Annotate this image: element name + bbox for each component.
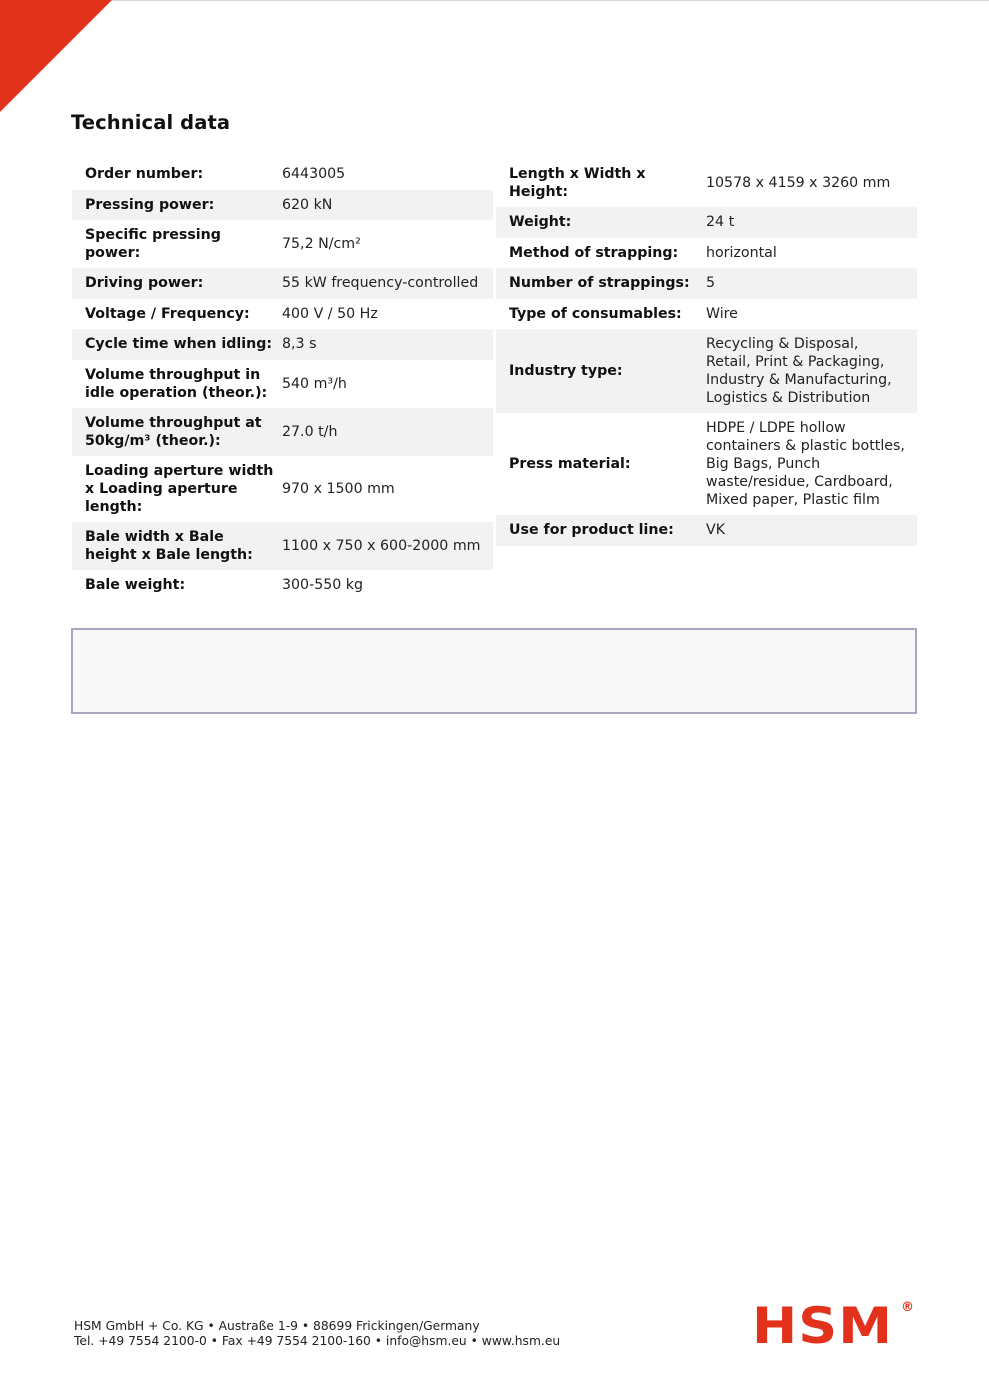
page-top-border: [0, 0, 989, 1]
corner-accent-triangle: [0, 0, 112, 112]
spec-table-left: Order number:6443005Pressing power:620 k…: [72, 159, 493, 600]
spec-value: Recycling & Disposal, Retail, Print & Pa…: [706, 335, 917, 407]
registered-trademark-icon: ®: [901, 1300, 914, 1315]
spec-value: HDPE / LDPE hollow containers & plastic …: [706, 419, 917, 509]
spec-row: Volume throughput at 50kg/m³ (theor.):27…: [72, 408, 493, 456]
spec-label: Use for product line:: [496, 521, 706, 539]
spec-row: Pressing power:620 kN: [72, 190, 493, 221]
spec-label: Volume throughput in idle operation (the…: [72, 366, 282, 402]
spec-row: Length x Width x Height:10578 x 4159 x 3…: [496, 159, 917, 207]
spec-label: Loading aperture width x Loading apertur…: [72, 462, 282, 516]
spec-row: Method of strapping:horizontal: [496, 238, 917, 269]
spec-label: Voltage / Frequency:: [72, 305, 282, 323]
spec-label: Volume throughput at 50kg/m³ (theor.):: [72, 414, 282, 450]
footer-line-contact: Tel. +49 7554 2100-0 • Fax +49 7554 2100…: [74, 1334, 560, 1349]
spec-label: Length x Width x Height:: [496, 165, 706, 201]
spec-value: 540 m³/h: [282, 375, 493, 393]
spec-value: VK: [706, 521, 917, 539]
spec-value: 55 kW frequency-controlled: [282, 274, 493, 292]
spec-row: Use for product line:VK: [496, 515, 917, 546]
spec-label: Bale width x Bale height x Bale length:: [72, 528, 282, 564]
spec-row: Number of strappings:5: [496, 268, 917, 299]
spec-row: Type of consumables:Wire: [496, 299, 917, 330]
spec-row: Voltage / Frequency:400 V / 50 Hz: [72, 299, 493, 330]
spec-label: Type of consumables:: [496, 305, 706, 323]
spec-row: Order number:6443005: [72, 159, 493, 190]
spec-label: Order number:: [72, 165, 282, 183]
spec-row: Loading aperture width x Loading apertur…: [72, 456, 493, 522]
spec-label: Specific pressing power:: [72, 226, 282, 262]
spec-value: 27.0 t/h: [282, 423, 493, 441]
spec-value: 10578 x 4159 x 3260 mm: [706, 174, 917, 192]
spec-value: Wire: [706, 305, 917, 323]
spec-value: 75,2 N/cm²: [282, 235, 493, 253]
footer-line-company: HSM GmbH + Co. KG • Austraße 1-9 • 88699…: [74, 1319, 560, 1334]
spec-label: Cycle time when idling:: [72, 335, 282, 353]
footer-address: HSM GmbH + Co. KG • Austraße 1-9 • 88699…: [74, 1319, 560, 1349]
spec-row: Specific pressing power:75,2 N/cm²: [72, 220, 493, 268]
page-title: Technical data: [71, 111, 230, 134]
spec-label: Driving power:: [72, 274, 282, 292]
spec-row: Driving power:55 kW frequency-controlled: [72, 268, 493, 299]
spec-value: 620 kN: [282, 196, 493, 214]
hsm-logo: HSM: [752, 1296, 893, 1356]
spec-value: 8,3 s: [282, 335, 493, 353]
spec-row: Bale width x Bale height x Bale length:1…: [72, 522, 493, 570]
spec-row: Cycle time when idling:8,3 s: [72, 329, 493, 360]
spec-value: 24 t: [706, 213, 917, 231]
spec-row: Weight:24 t: [496, 207, 917, 238]
spec-row: Industry type:Recycling & Disposal, Reta…: [496, 329, 917, 413]
spec-value: 300-550 kg: [282, 576, 493, 594]
spec-label: Weight:: [496, 213, 706, 231]
spec-label: Pressing power:: [72, 196, 282, 214]
spec-row: Bale weight:300-550 kg: [72, 570, 493, 601]
spec-table-right: Length x Width x Height:10578 x 4159 x 3…: [496, 159, 917, 546]
spec-value: 6443005: [282, 165, 493, 183]
spec-value: 970 x 1500 mm: [282, 480, 493, 498]
spec-label: Method of strapping:: [496, 244, 706, 262]
spec-value: 1100 x 750 x 600-2000 mm: [282, 537, 493, 555]
spec-label: Bale weight:: [72, 576, 282, 594]
spec-row: Volume throughput in idle operation (the…: [72, 360, 493, 408]
spec-value: 5: [706, 274, 917, 292]
spec-row: Press material:HDPE / LDPE hollow contai…: [496, 413, 917, 515]
spec-value: 400 V / 50 Hz: [282, 305, 493, 323]
spec-label: Number of strappings:: [496, 274, 706, 292]
spec-label: Press material:: [496, 455, 706, 473]
notes-box: [71, 628, 917, 714]
spec-value: horizontal: [706, 244, 917, 262]
spec-label: Industry type:: [496, 362, 706, 380]
